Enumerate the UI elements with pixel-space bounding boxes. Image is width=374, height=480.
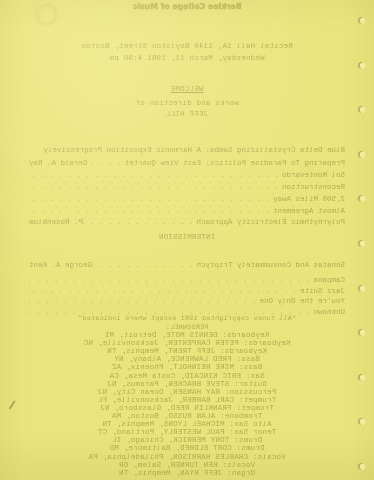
ghost-dot-row: . . . . . . . . . . . . . . . . . . . . … [44,214,330,223]
date-line: Wednesday, March 11, 1981 4:00 pm [0,55,374,64]
ghost-dot-row: . . . . . . . . . . . . . . . . . . . . … [44,190,330,199]
binding-hole [358,17,365,24]
binding-hole [358,151,365,158]
binding-hole [358,240,365,247]
ghost-dot-row: . . . . . . . . . . . . . . . . . . . . … [44,202,330,211]
binding-hole [358,285,365,292]
bleed-through-content: Berklee College of Music Recital Hall 1A… [0,0,374,480]
heading-presenter: JEFF HILL [0,111,374,120]
ghost-dot-row: . . . . . . . . . . . . . . . . . . . . … [44,292,330,301]
ghost-dot-row: . . . . . . . . . . . . . . . . . . . . … [44,268,330,277]
intermission-label: INTERMISSION [0,234,374,243]
heading-subtitle: works and direction of [0,100,374,109]
venue-line: Recital Hall 1A, 1140 Boylston Street, B… [0,43,374,52]
ghost-dot-row: . . . . . . . . . . . . . . . . . . . . … [44,303,330,312]
page-title: Berklee College of Music [22,2,352,11]
ghost-dot-row: . . . . . . . . . . . . . . . . . . . . … [44,178,330,187]
copyright-note: "All tunes copyrighted 1981 except where… [0,315,374,324]
program-heading: WELCOME [0,86,374,95]
program-item-title: Blue Delta Crystallizing Samba: A Harmon… [43,147,345,156]
ghost-dot-row: . . . . . . . . . . . . . . . . . . . . … [44,281,330,290]
binding-hole [358,374,365,381]
binding-hole [358,463,365,470]
personnel-entry: Organ: JEFF RYAN, Memphis, TN [0,470,374,479]
binding-hole [358,62,365,69]
scanned-program-page: Berklee College of Music Recital Hall 1A… [0,0,374,480]
ghost-dot-row: . . . . . . . . . . . . . . . . . . . . … [44,166,330,175]
program-item: Blue Delta Crystallizing Samba: A Harmon… [29,147,345,156]
